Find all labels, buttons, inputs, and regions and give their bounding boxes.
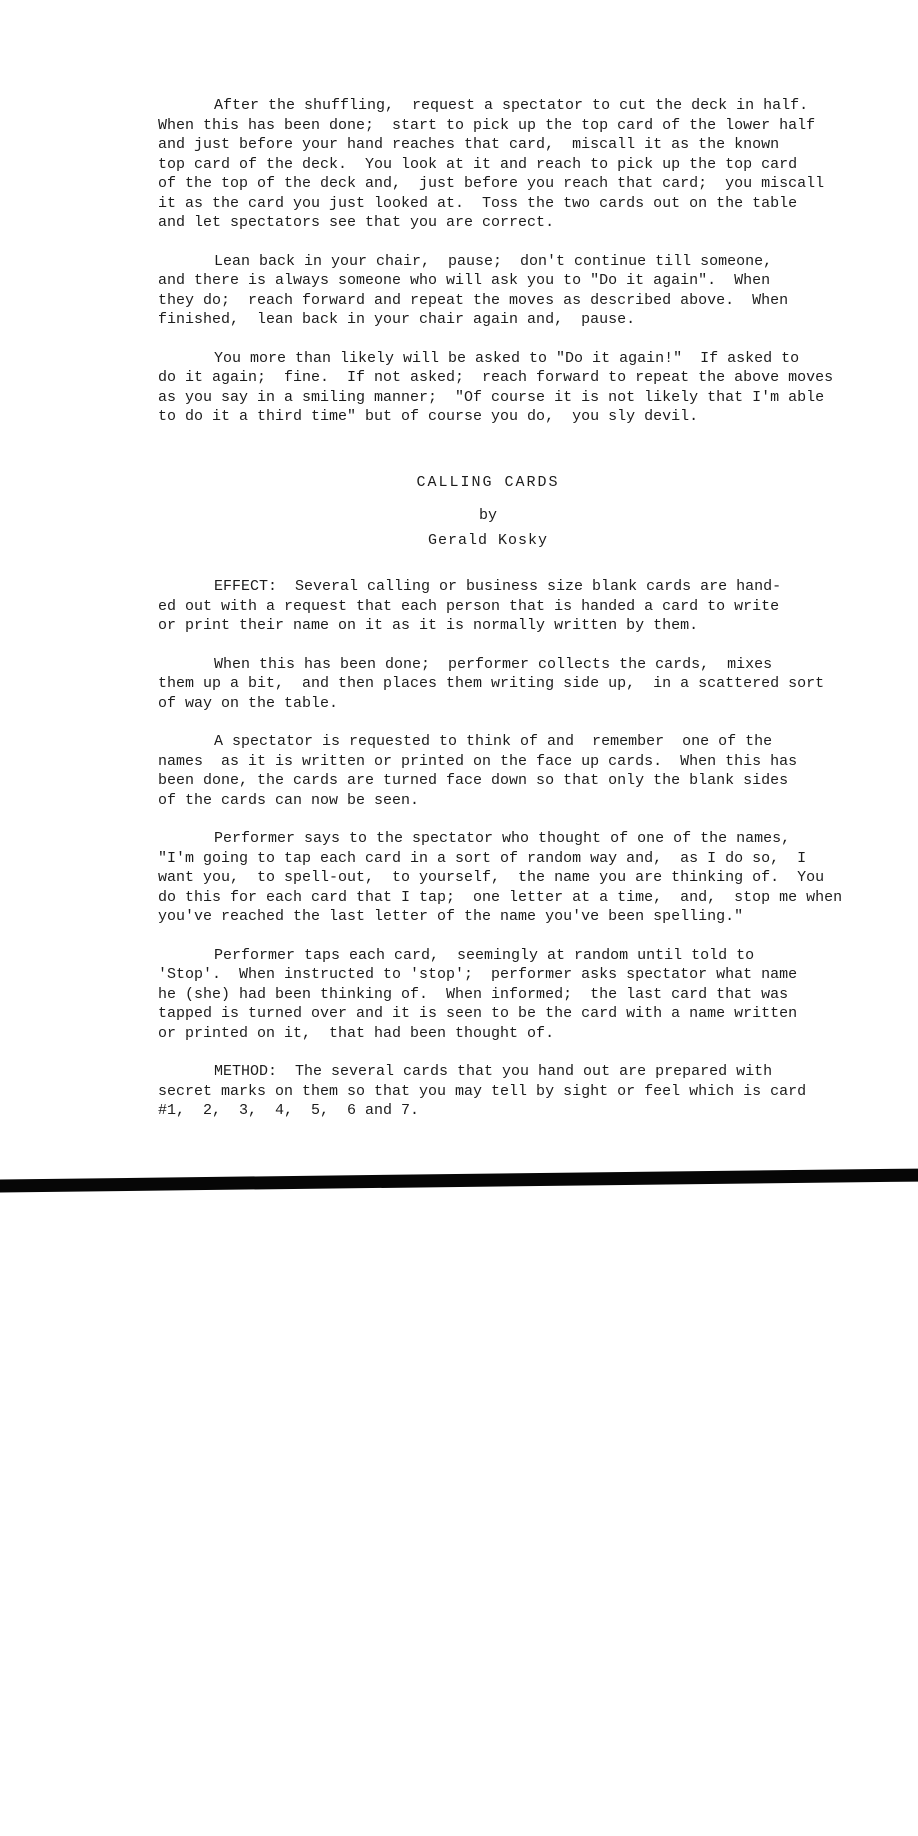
text-line: #1, 2, 3, 4, 5, 6 and 7. xyxy=(158,1101,858,1121)
text-line: to do it a third time" but of course you… xyxy=(158,407,858,427)
text-line: Performer taps each card, seemingly at r… xyxy=(158,946,858,966)
text-line: you've reached the last letter of the na… xyxy=(158,907,858,927)
text-line: as you say in a smiling manner; "Of cour… xyxy=(158,388,858,408)
paragraph: METHOD: The several cards that you hand … xyxy=(158,1062,858,1121)
text-line: After the shuffling, request a spectator… xyxy=(158,96,858,116)
text-line: tapped is turned over and it is seen to … xyxy=(158,1004,858,1024)
text-line: Gerald Kosky xyxy=(158,531,818,551)
paragraph: Performer says to the spectator who thou… xyxy=(158,829,858,927)
text-line: CALLING CARDS xyxy=(158,473,818,493)
document-text: After the shuffling, request a spectator… xyxy=(158,96,858,1121)
text-line: and just before your hand reaches that c… xyxy=(158,135,858,155)
text-line: of the top of the deck and, just before … xyxy=(158,174,858,194)
text-line: and let spectators see that you are corr… xyxy=(158,213,858,233)
text-line: Performer says to the spectator who thou… xyxy=(158,829,858,849)
paragraph: EFFECT: Several calling or business size… xyxy=(158,577,858,636)
text-line: finished, lean back in your chair again … xyxy=(158,310,858,330)
document-title: CALLING CARDS xyxy=(158,473,858,493)
paragraph: You more than likely will be asked to "D… xyxy=(158,349,858,427)
text-line: been done, the cards are turned face dow… xyxy=(158,771,858,791)
text-line: 'Stop'. When instructed to 'stop'; perfo… xyxy=(158,965,858,985)
text-line: ed out with a request that each person t… xyxy=(158,597,858,617)
text-line: When this has been done; performer colle… xyxy=(158,655,858,675)
scanned-page: After the shuffling, request a spectator… xyxy=(0,0,918,1836)
text-line: they do; reach forward and repeat the mo… xyxy=(158,291,858,311)
text-line: secret marks on them so that you may tel… xyxy=(158,1082,858,1102)
text-line: You more than likely will be asked to "D… xyxy=(158,349,858,369)
text-line: by xyxy=(158,506,818,526)
text-line: or printed on it, that had been thought … xyxy=(158,1024,858,1044)
text-line: it as the card you just looked at. Toss … xyxy=(158,194,858,214)
paragraph: Lean back in your chair, pause; don't co… xyxy=(158,252,858,330)
text-line: do this for each card that I tap; one le… xyxy=(158,888,858,908)
text-line: METHOD: The several cards that you hand … xyxy=(158,1062,858,1082)
text-line: or print their name on it as it is norma… xyxy=(158,616,858,636)
text-line: Lean back in your chair, pause; don't co… xyxy=(158,252,858,272)
text-line: and there is always someone who will ask… xyxy=(158,271,858,291)
paragraph: A spectator is requested to think of and… xyxy=(158,732,858,810)
text-line: of way on the table. xyxy=(158,694,858,714)
paragraph: After the shuffling, request a spectator… xyxy=(158,96,858,233)
text-line: A spectator is requested to think of and… xyxy=(158,732,858,752)
text-line: EFFECT: Several calling or business size… xyxy=(158,577,858,597)
text-line: When this has been done; start to pick u… xyxy=(158,116,858,136)
text-line: names as it is written or printed on the… xyxy=(158,752,858,772)
text-line: want you, to spell-out, to yourself, the… xyxy=(158,868,858,888)
text-line: do it again; fine. If not asked; reach f… xyxy=(158,368,858,388)
text-line: top card of the deck. You look at it and… xyxy=(158,155,858,175)
paragraph: Performer taps each card, seemingly at r… xyxy=(158,946,858,1044)
text-line: "I'm going to tap each card in a sort of… xyxy=(158,849,858,869)
black-scan-bar xyxy=(0,1168,918,1192)
text-line: of the cards can now be seen. xyxy=(158,791,858,811)
paragraph: When this has been done; performer colle… xyxy=(158,655,858,714)
author-name: Gerald Kosky xyxy=(158,531,858,551)
text-line: them up a bit, and then places them writ… xyxy=(158,674,858,694)
text-line: he (she) had been thinking of. When info… xyxy=(158,985,858,1005)
byline: by xyxy=(158,506,858,526)
